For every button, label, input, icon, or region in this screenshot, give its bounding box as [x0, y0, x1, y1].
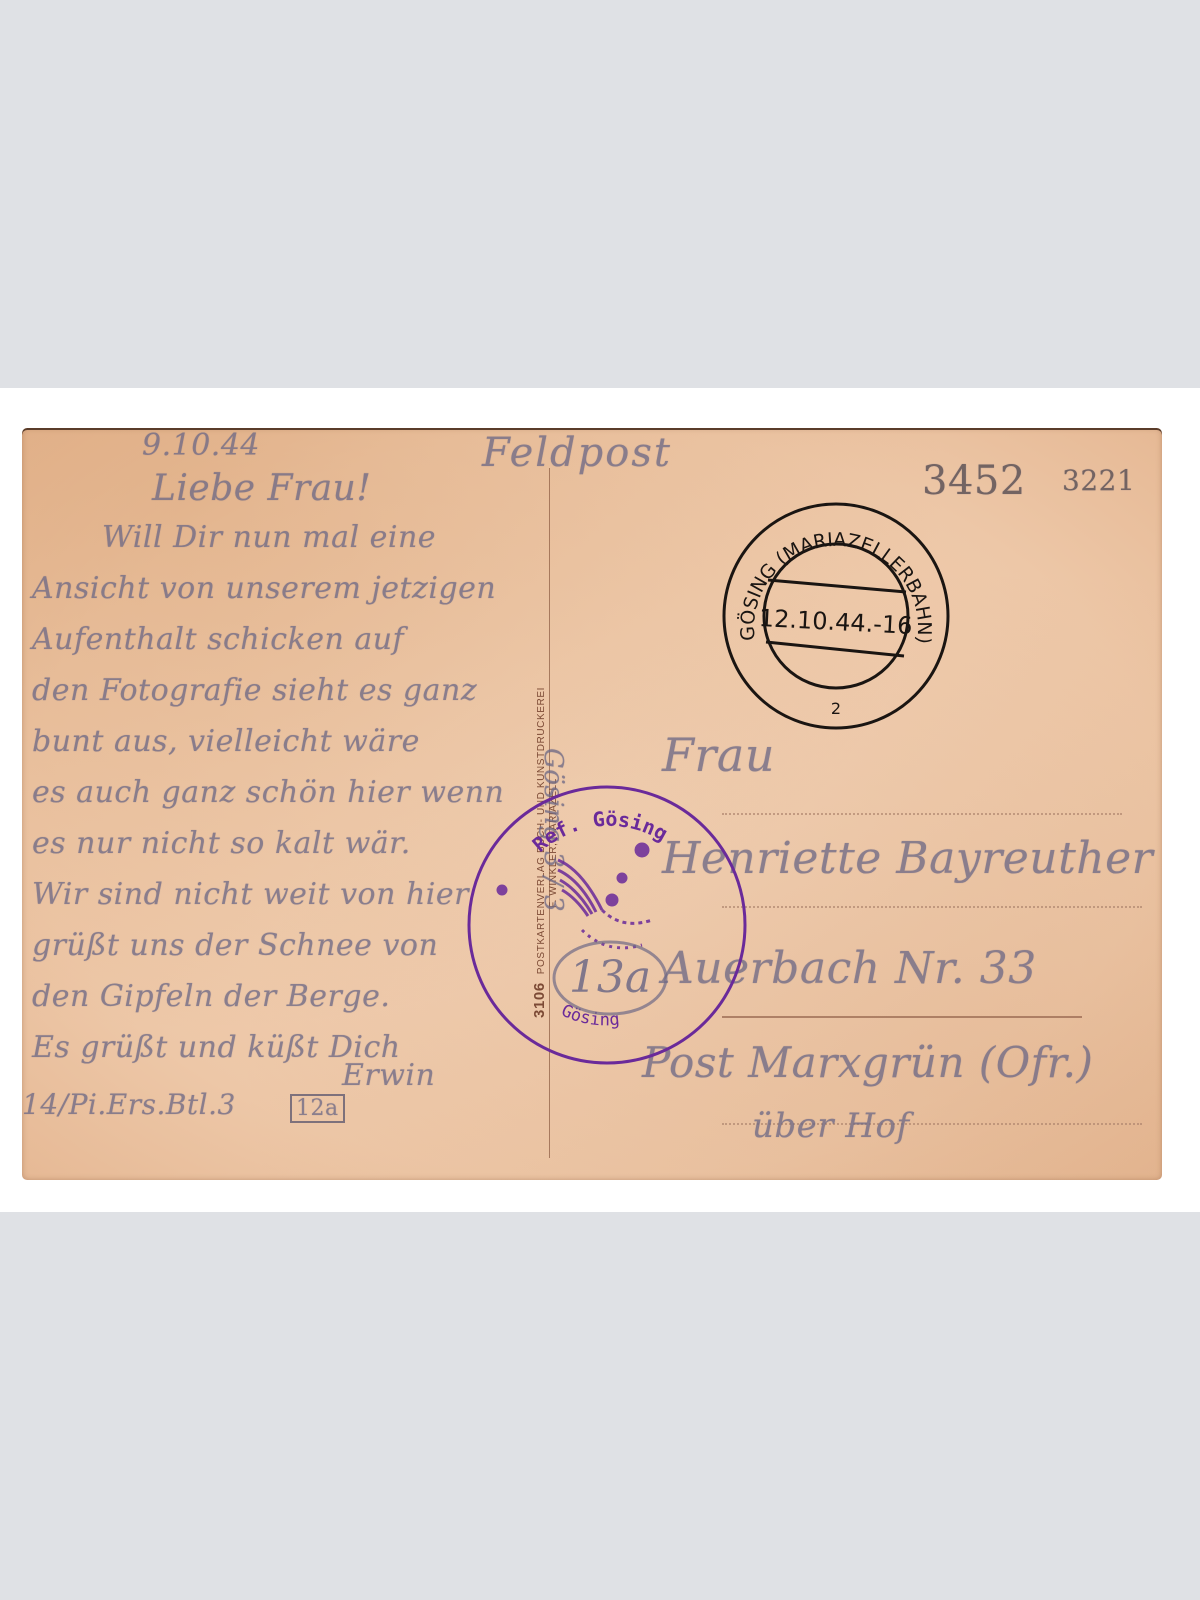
- postmark-date: 12.10.44.-16: [758, 604, 913, 640]
- message-line: den Fotografie sieht es ganz: [32, 673, 477, 708]
- message-line: den Gipfeln der Berge.: [32, 979, 390, 1014]
- message-line: es auch ganz schön hier wenn: [32, 775, 504, 810]
- signature: Erwin: [342, 1058, 435, 1093]
- archive-number-2: 3221: [1062, 464, 1135, 497]
- sender-unit: 14/Pi.Ers.Btl.3: [22, 1088, 236, 1121]
- censor-top-text: Ref. Gösing: [528, 807, 672, 857]
- censor-overwritten-number: 13a: [569, 952, 651, 1003]
- message-line: es nur nicht so kalt wär.: [32, 826, 411, 861]
- address-routing: über Hof: [752, 1106, 910, 1146]
- message-line: Ansicht von unserem jetzigen: [32, 571, 496, 606]
- svg-text:Ref. Gösing: Ref. Gösing: [528, 807, 672, 857]
- message-date: 9.10.44: [142, 428, 260, 463]
- unit-box: 12a: [290, 1094, 345, 1123]
- address-line-rule-3: [722, 1016, 1082, 1018]
- censor-bottom-text: Gösing: [558, 1001, 620, 1031]
- greeting: Liebe Frau!: [152, 468, 371, 509]
- address-line-rule-2: [722, 906, 1142, 908]
- address-salutation: Frau: [662, 728, 775, 782]
- message-line: grüßt uns der Schnee von: [32, 928, 438, 963]
- feldpost-mark: Feldpost: [482, 430, 672, 476]
- message-line: Aufenthalt schicken auf: [32, 622, 404, 657]
- postcard: 9.10.44 Feldpost 3452 3221 Liebe Frau! W…: [22, 428, 1162, 1180]
- eagle-icon: [498, 844, 652, 948]
- address-line-rule-1: [722, 813, 1122, 815]
- message-line: Wir sind nicht weit von hier: [32, 877, 469, 912]
- postmark-code: 2: [831, 699, 841, 718]
- postmark: GÖSING (MARIAZELLERBAHN) 12.10.44.-16 2: [716, 496, 956, 736]
- censor-stamp: Ref. Gösing Gösing 13a: [462, 780, 752, 1070]
- message-line: bunt aus, vielleicht wäre: [32, 724, 420, 759]
- message-line: Will Dir nun mal eine: [102, 520, 436, 555]
- svg-text:Gösing: Gösing: [558, 1001, 620, 1031]
